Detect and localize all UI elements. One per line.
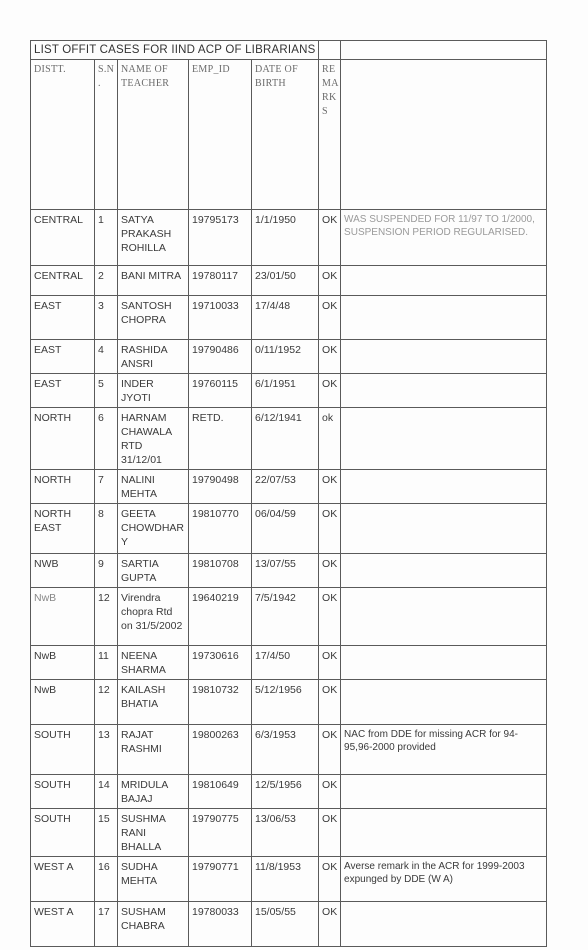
cell-remarks: OK [319,296,341,340]
table-row: NwB 12 KAILASH BHATIA 19810732 5/12/1956… [31,680,547,725]
cell-sn: 4 [95,340,118,374]
title-row: LIST OFFIT CASES FOR IIND ACP OF LIBRARI… [31,41,547,60]
cell-dob: 06/04/59 [252,504,319,554]
table-row: NwB 11 NEENA SHARMA 19730616 17/4/50 OK [31,646,547,680]
cell-remarks: OK [319,340,341,374]
cell-emp-id: 19780033 [189,902,252,947]
cell-notes [341,902,547,947]
cell-dob: 0/11/1952 [252,340,319,374]
table-row: CENTRAL 1 SATYA PRAKASH ROHILLA 19795173… [31,210,547,266]
cell-emp-id: 19810649 [189,775,252,809]
cell-name: SUSHAM CHABRA [118,902,189,947]
cell-notes [341,680,547,725]
table-row: EAST 5 INDER JYOTI 19760115 6/1/1951 OK [31,374,547,408]
cell-distt: NWB [31,554,95,588]
cell-notes [341,340,547,374]
header-row: DISTT. S.N. NAME OF TEACHER EMP_ID DATE … [31,60,547,210]
cell-sn: 8 [95,504,118,554]
cell-name: SUDHA MEHTA [118,857,189,902]
cell-notes [341,408,547,470]
cell-distt: WEST A [31,857,95,902]
header-name: NAME OF TEACHER [118,60,189,210]
cell-sn: 11 [95,646,118,680]
cell-emp-id: 19790498 [189,470,252,504]
cell-name: SUSHMA RANI BHALLA [118,809,189,857]
cell-notes [341,374,547,408]
cell-sn: 12 [95,680,118,725]
cell-distt: SOUTH [31,809,95,857]
cell-dob: 7/5/1942 [252,588,319,646]
cell-name: BANI MITRA [118,266,189,296]
cell-sn: 13 [95,725,118,775]
cell-name: RASHIDA ANSRI [118,340,189,374]
cell-dob: 22/07/53 [252,470,319,504]
table-row: NORTH 7 NALINI MEHTA 19790498 22/07/53 O… [31,470,547,504]
cell-remarks: OK [319,266,341,296]
cell-emp-id: RETD. [189,408,252,470]
title-blank-cell [341,41,547,60]
cell-emp-id: 19810770 [189,504,252,554]
cell-name: KAILASH BHATIA [118,680,189,725]
cell-dob: 6/12/1941 [252,408,319,470]
cell-name: SANTOSH CHOPRA [118,296,189,340]
cell-distt: NwB [31,588,95,646]
header-notes [341,60,547,210]
cell-distt: EAST [31,296,95,340]
cell-dob: 11/8/1953 [252,857,319,902]
cell-distt: SOUTH [31,725,95,775]
cell-sn: 2 [95,266,118,296]
cell-remarks: OK [319,470,341,504]
table-row: SOUTH 13 RAJAT RASHMI 19800263 6/3/1953 … [31,725,547,775]
cell-name: SATYA PRAKASH ROHILLA [118,210,189,266]
cell-dob: 13/06/53 [252,809,319,857]
cell-dob: 13/07/55 [252,554,319,588]
table-row: CENTRAL 2 BANI MITRA 19780117 23/01/50 O… [31,266,547,296]
cell-dob: 6/1/1951 [252,374,319,408]
cell-notes [341,775,547,809]
cell-notes [341,266,547,296]
cell-sn: 14 [95,775,118,809]
header-remarks: RE MA RK S [319,60,341,210]
cell-emp-id: 19780117 [189,266,252,296]
cell-notes: Averse remark in the ACR for 1999-2003 e… [341,857,547,902]
scanned-page: LIST OFFIT CASES FOR IIND ACP OF LIBRARI… [0,0,588,950]
cell-sn: 9 [95,554,118,588]
document-title: LIST OFFIT CASES FOR IIND ACP OF LIBRARI… [31,41,319,60]
cell-emp-id: 19710033 [189,296,252,340]
cell-notes [341,588,547,646]
cell-name: GEETA CHOWDHARY [118,504,189,554]
cell-remarks: OK [319,374,341,408]
cell-notes [341,504,547,554]
table-row: NWB 9 SARTIA GUPTA 19810708 13/07/55 OK [31,554,547,588]
table-row: EAST 3 SANTOSH CHOPRA 19710033 17/4/48 O… [31,296,547,340]
cell-emp-id: 19810708 [189,554,252,588]
cell-remarks: OK [319,680,341,725]
cell-dob: 6/3/1953 [252,725,319,775]
cell-sn: 17 [95,902,118,947]
cell-dob: 1/1/1950 [252,210,319,266]
cell-name: MRIDULA BAJAJ [118,775,189,809]
cell-notes [341,296,547,340]
cell-name: Virendra chopra Rtd on 31/5/2002 [118,588,189,646]
cell-remarks: OK [319,504,341,554]
table-row: SOUTH 15 SUSHMA RANI BHALLA 19790775 13/… [31,809,547,857]
cell-notes: NAC from DDE for missing ACR for 94-95,9… [341,725,547,775]
cell-name: INDER JYOTI [118,374,189,408]
cell-emp-id: 19730616 [189,646,252,680]
cell-remarks: OK [319,554,341,588]
header-distt: DISTT. [31,60,95,210]
header-dob: DATE OF BIRTH [252,60,319,210]
cell-emp-id: 19795173 [189,210,252,266]
cell-dob: 17/4/48 [252,296,319,340]
cell-sn: 5 [95,374,118,408]
cell-distt: SOUTH [31,775,95,809]
cell-distt: NORTH EAST [31,504,95,554]
cell-name: NALINI MEHTA [118,470,189,504]
table-row: WEST A 16 SUDHA MEHTA 19790771 11/8/1953… [31,857,547,902]
cell-distt: CENTRAL [31,266,95,296]
cell-dob: 12/5/1956 [252,775,319,809]
cell-sn: 12 [95,588,118,646]
cell-dob: 17/4/50 [252,646,319,680]
table-row: WEST A 17 SUSHAM CHABRA 19780033 15/05/5… [31,902,547,947]
title-blank-cell [319,41,341,60]
header-sn: S.N. [95,60,118,210]
cell-emp-id: 19790775 [189,809,252,857]
cell-dob: 5/12/1956 [252,680,319,725]
cell-emp-id: 19810732 [189,680,252,725]
cell-notes [341,554,547,588]
cell-distt: NwB [31,680,95,725]
table-row: NORTH EAST 8 GEETA CHOWDHARY 19810770 06… [31,504,547,554]
header-emp-id: EMP_ID [189,60,252,210]
cell-remarks: OK [319,857,341,902]
cell-sn: 1 [95,210,118,266]
cell-distt: EAST [31,374,95,408]
cell-name: SARTIA GUPTA [118,554,189,588]
cell-name: NEENA SHARMA [118,646,189,680]
fit-cases-table: LIST OFFIT CASES FOR IIND ACP OF LIBRARI… [30,40,547,947]
cell-sn: 6 [95,408,118,470]
cell-remarks: OK [319,725,341,775]
cell-emp-id: 19760115 [189,374,252,408]
cell-distt: EAST [31,340,95,374]
table-row: EAST 4 RASHIDA ANSRI 19790486 0/11/1952 … [31,340,547,374]
cell-name: RAJAT RASHMI [118,725,189,775]
cell-notes [341,470,547,504]
cell-notes [341,809,547,857]
table-row: SOUTH 14 MRIDULA BAJAJ 19810649 12/5/195… [31,775,547,809]
cell-notes [341,646,547,680]
cell-remarks: OK [319,775,341,809]
cell-distt: NORTH [31,470,95,504]
cell-remarks: OK [319,809,341,857]
cell-remarks: OK [319,588,341,646]
cell-dob: 15/05/55 [252,902,319,947]
cell-emp-id: 19790771 [189,857,252,902]
cell-emp-id: 19790486 [189,340,252,374]
cell-remarks: OK [319,646,341,680]
cell-emp-id: 19800263 [189,725,252,775]
cell-emp-id: 19640219 [189,588,252,646]
cell-distt: WEST A [31,902,95,947]
cell-distt: CENTRAL [31,210,95,266]
cell-sn: 15 [95,809,118,857]
cell-remarks: OK [319,210,341,266]
cell-dob: 23/01/50 [252,266,319,296]
cell-distt: NwB [31,646,95,680]
cell-remarks: OK [319,902,341,947]
cell-sn: 3 [95,296,118,340]
cell-sn: 16 [95,857,118,902]
table-row: NORTH 6 HARNAM CHAWALA RTD 31/12/01 RETD… [31,408,547,470]
table-row: NwB 12 Virendra chopra Rtd on 31/5/2002 … [31,588,547,646]
cell-notes: WAS SUSPENDED FOR 11/97 TO 1/2000, SUSPE… [341,210,547,266]
cell-remarks: ok [319,408,341,470]
cell-name: HARNAM CHAWALA RTD 31/12/01 [118,408,189,470]
cell-sn: 7 [95,470,118,504]
cell-distt: NORTH [31,408,95,470]
